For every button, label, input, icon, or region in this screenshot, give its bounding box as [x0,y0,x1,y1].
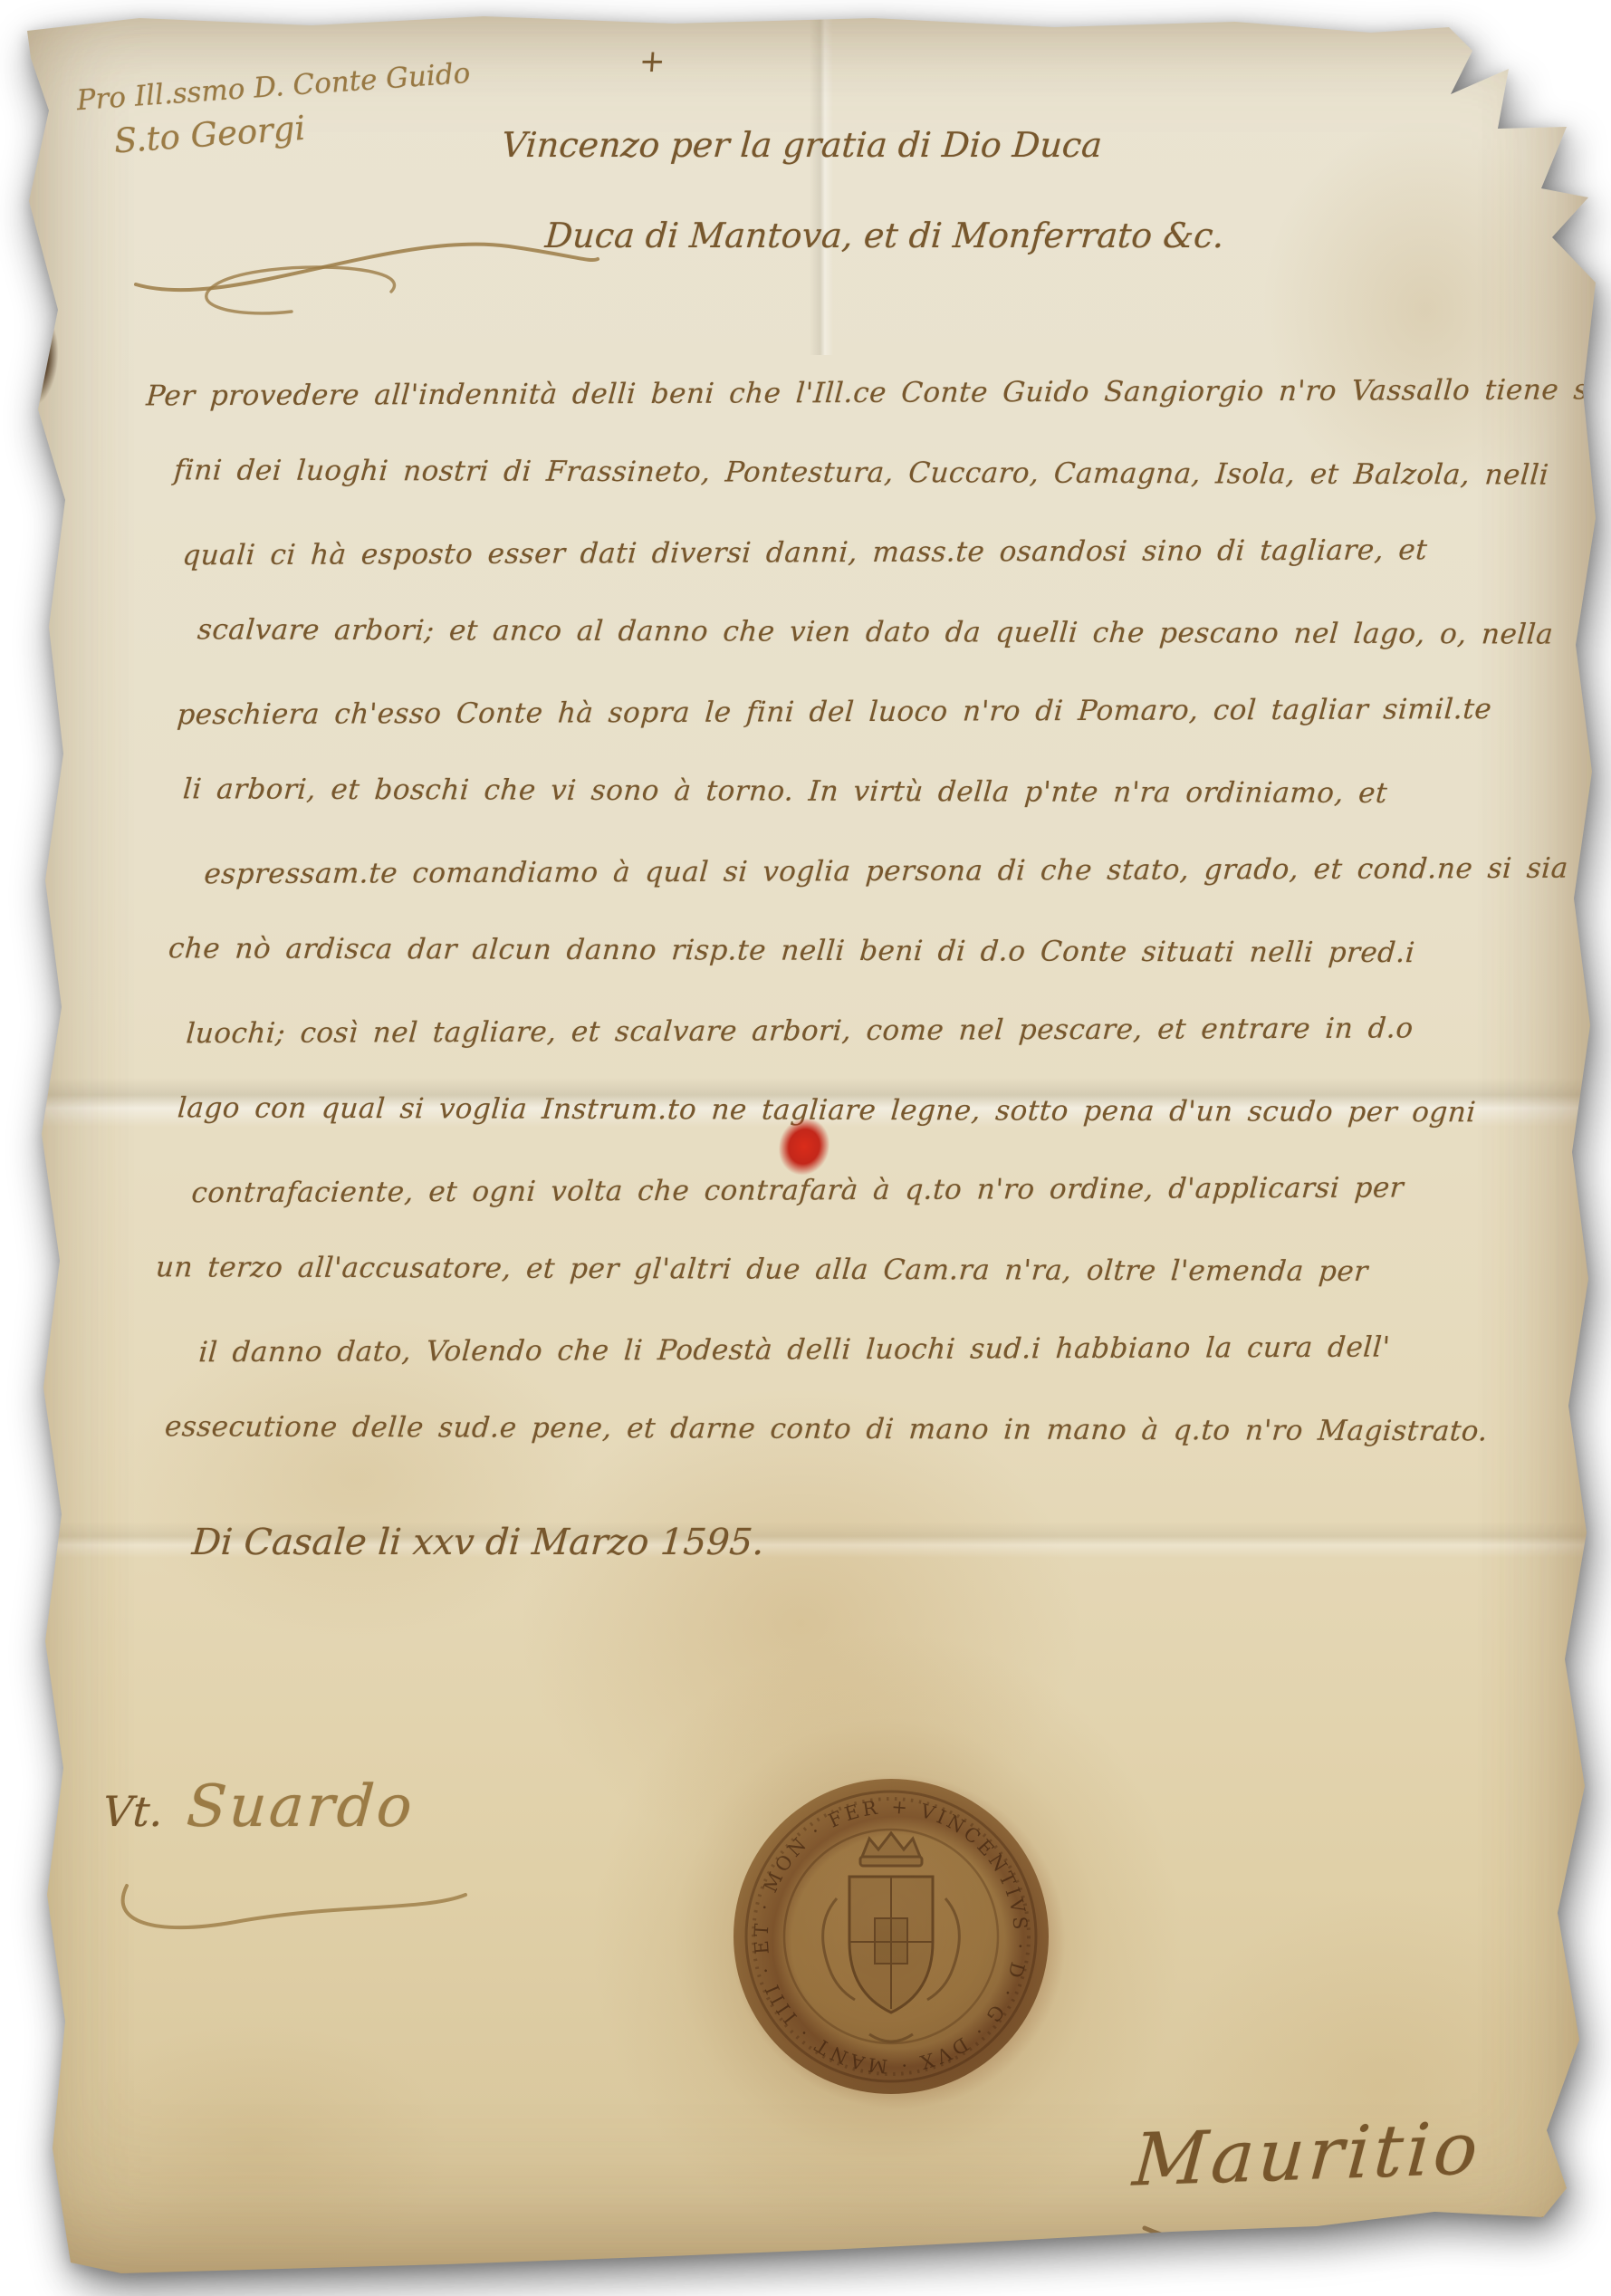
heading-line-1: Vincenzo per la gratia di Dio Duca [500,125,1103,165]
body-line: lago con qual si voglia Instrum.to ne ta… [173,1091,1566,1176]
suardo-flourish [100,1859,480,1949]
vertical-crease [810,11,833,355]
body-line: essecutione delle sud.e pene, et darne c… [160,1410,1566,1494]
suardo-signature: Suardo [185,1773,417,1840]
body-line: espressam.te comandiamo à qual si voglia… [200,852,1566,938]
body-line: che nò ardisca dar alcun danno risp.te n… [164,932,1566,1016]
vidit-abbreviation: Vt. [101,1787,165,1836]
body-line: peschiera ch'esso Conte hà sopra le fini… [173,693,1566,779]
body-line: scalvare arbori; et anco al danno che vi… [193,613,1566,697]
countersignature-left: Vt.Suardo [101,1773,417,1840]
body-line: contrafaciente, et ogni volta che contra… [187,1171,1566,1257]
body-line: luochi; così nel tagliare, et scalvare a… [182,1012,1566,1098]
heading-line-2: Duca di Mantova, et di Monferrato &c. [543,216,1225,255]
body-line: quali ci hà esposto esser dati diversi d… [178,533,1566,620]
body-line: un terzo all'accusatore, et per gl'altri… [151,1251,1566,1335]
docket-flourish [120,176,609,330]
letter-body: Per provedere all'indennità delli beni c… [139,377,1563,1493]
secretary-signature-flourish [1127,2192,1579,2273]
manuscript-sheet: Pro Ill.ssmo D. Conte Guido S.to Georgi … [13,11,1599,2284]
invocation-cross: + [638,43,666,80]
bottom-left-stain [67,2022,447,2275]
secretary-signature: Mauritio [1130,2106,1484,2202]
ducal-wax-seal: + VINCENTIVS · D · G · DVX · MANT · IIII… [717,1763,1065,2110]
body-line: li arbori, et boschi che vi sono à torno… [178,773,1566,857]
bottom-right-stain [1172,1895,1588,2275]
body-line: Per provedere all'indennità delli beni c… [142,374,1566,460]
archival-docket: Pro Ill.ssmo D. Conte Guido S.to Georgi [75,57,474,163]
paper-background: Pro Ill.ssmo D. Conte Guido S.to Georgi … [13,11,1599,2284]
seal-crown [860,1833,922,1866]
body-line: il danno dato, Volendo che li Podestà de… [195,1331,1566,1417]
photo-of-manuscript: { "colors": { "ink": "#77572d", "docket-… [0,0,1611,2296]
dateline: Di Casale li xxv di Marzo 1595. [190,1522,765,1563]
body-line: fini dei luoghi nostri di Frassineto, Po… [169,454,1566,538]
left-edge-tear-chip [12,313,62,408]
